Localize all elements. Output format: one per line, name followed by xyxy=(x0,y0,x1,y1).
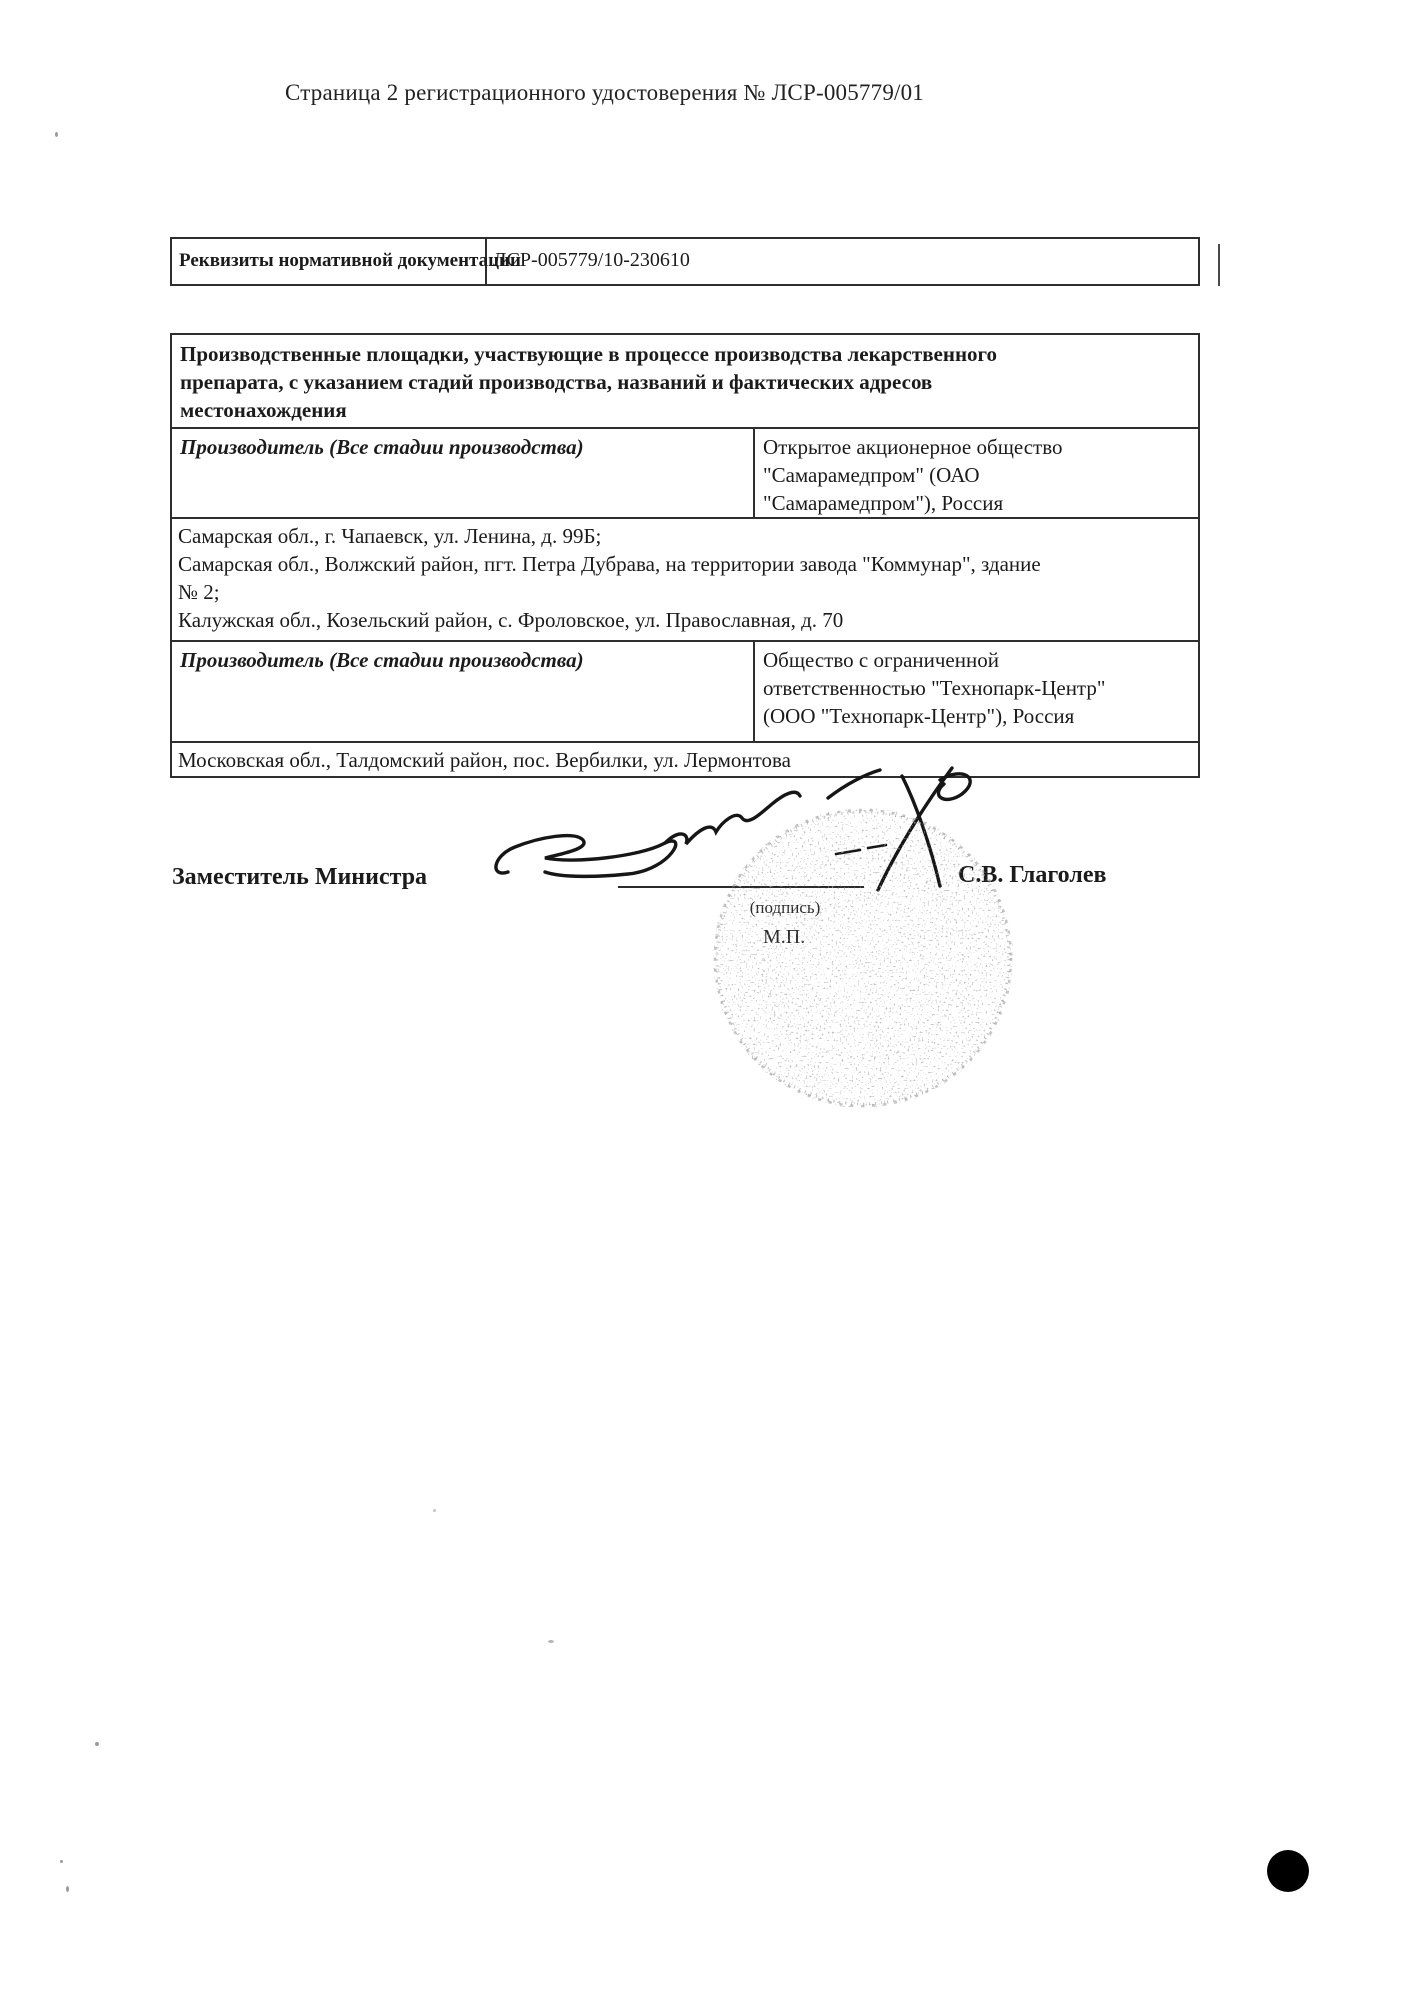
scan-speck xyxy=(66,1886,69,1892)
production-table-title-cell: Производственные площадки, участвующие в… xyxy=(172,335,1198,429)
production-sites-table: Производственные площадки, участвующие в… xyxy=(170,333,1200,778)
scan-speck xyxy=(60,1860,63,1863)
scanned-document-page: { "page_header": "Страница 2 регистрацио… xyxy=(0,0,1414,2000)
official-title-label: Заместитель Министра xyxy=(172,864,427,891)
producer-role-cell: Производитель (Все стадии производства) xyxy=(172,429,755,517)
requisites-value-cell: ЛСР-005779/10-230610 xyxy=(487,239,1198,284)
requisites-table: Реквизиты нормативной документации ЛСР-0… xyxy=(170,237,1200,286)
scan-speck xyxy=(55,132,58,137)
official-stamp-seal xyxy=(700,800,1030,1130)
producer-row-1: Производитель (Все стадии производства) … xyxy=(172,429,1198,519)
punch-hole-dot xyxy=(1267,1850,1309,1892)
scan-speck xyxy=(433,1509,436,1512)
page-title: Страница 2 регистрационного удостоверени… xyxy=(285,80,924,106)
requisites-label-cell: Реквизиты нормативной документации xyxy=(172,239,487,284)
scan-speck xyxy=(95,1742,99,1746)
scan-speck xyxy=(548,1640,554,1643)
producer-row-2: Производитель (Все стадии производства) … xyxy=(172,642,1198,743)
producer-role-cell: Производитель (Все стадии производства) xyxy=(172,642,755,741)
producer-company-cell: Открытое акционерное общество "Самарамед… xyxy=(755,429,1198,517)
producer-addresses-cell: Самарская обл., г. Чапаевск, ул. Ленина,… xyxy=(172,519,1198,642)
scan-stray-border-line xyxy=(1218,244,1220,286)
producer-company-cell: Общество с ограниченной ответственностью… xyxy=(755,642,1198,741)
